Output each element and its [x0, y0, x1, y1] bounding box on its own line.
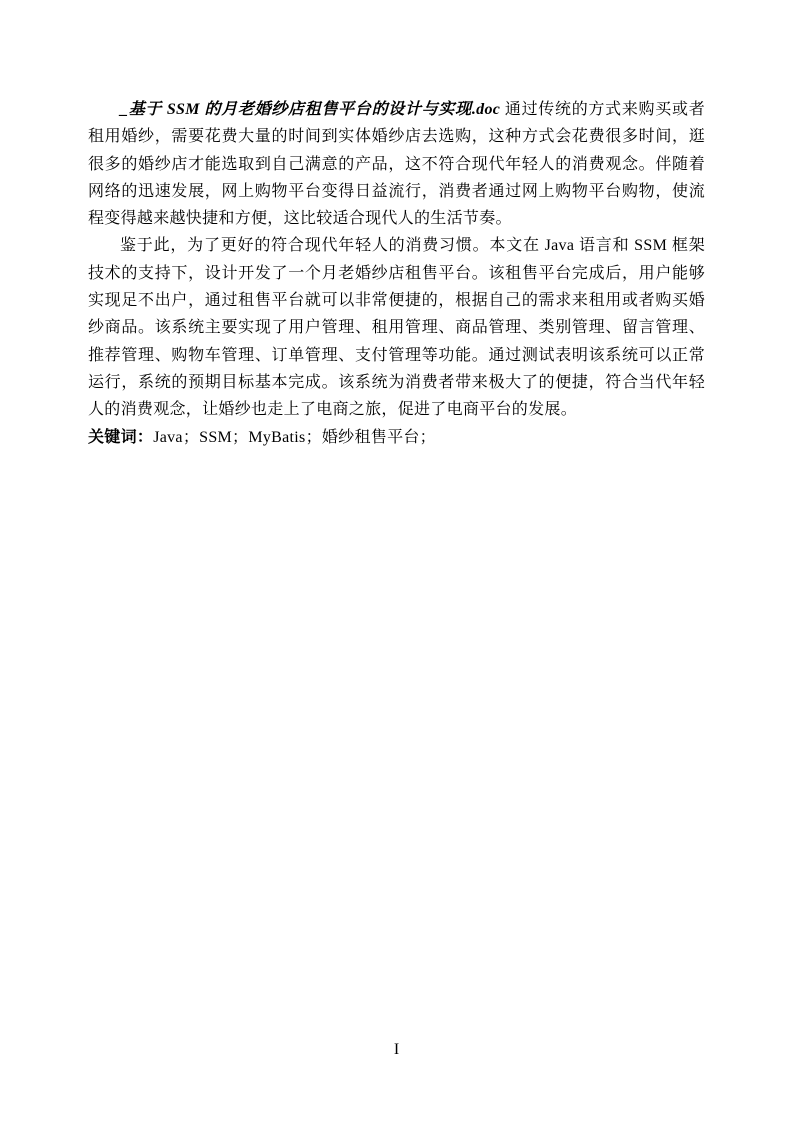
keywords-label: 关键词：: [88, 429, 153, 446]
page-number: I: [0, 1042, 793, 1058]
keywords-line: 关键词：Java；SSM；MyBatis；婚纱租售平台；: [88, 424, 705, 451]
document-title: _基于 SSM 的月老婚纱店租售平台的设计与实现.doc: [120, 101, 500, 118]
keywords-value: Java；SSM；MyBatis；婚纱租售平台；: [153, 429, 436, 446]
document-page: _基于 SSM 的月老婚纱店租售平台的设计与实现.doc 通过传统的方式来购买或…: [0, 0, 793, 1122]
paragraph-1-text: 通过传统的方式来购买或者租用婚纱，需要花费大量的时间到实体婚纱店去选购，这种方式…: [88, 101, 705, 227]
abstract-paragraph-2: 鉴于此，为了更好的符合现代年轻人的消费习惯。本文在 Java 语言和 SSM 框…: [88, 232, 705, 423]
abstract-paragraph-1: _基于 SSM 的月老婚纱店租售平台的设计与实现.doc 通过传统的方式来购买或…: [88, 96, 705, 232]
abstract-content: _基于 SSM 的月老婚纱店租售平台的设计与实现.doc 通过传统的方式来购买或…: [88, 96, 705, 451]
